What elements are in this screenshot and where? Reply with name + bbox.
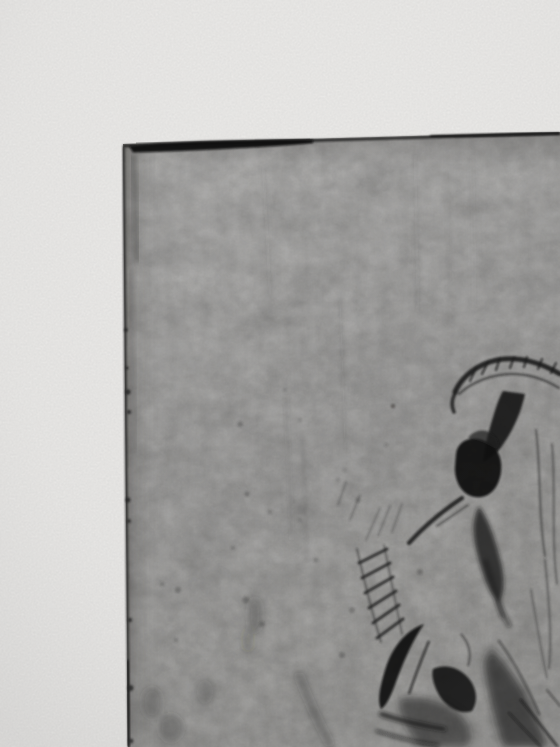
photo-of-print-corner: blank textured paper margin grey inked p… bbox=[0, 0, 560, 747]
print-photo-canvas: blank textured paper margin grey inked p… bbox=[0, 0, 560, 747]
photo-vignette bbox=[0, 0, 560, 747]
